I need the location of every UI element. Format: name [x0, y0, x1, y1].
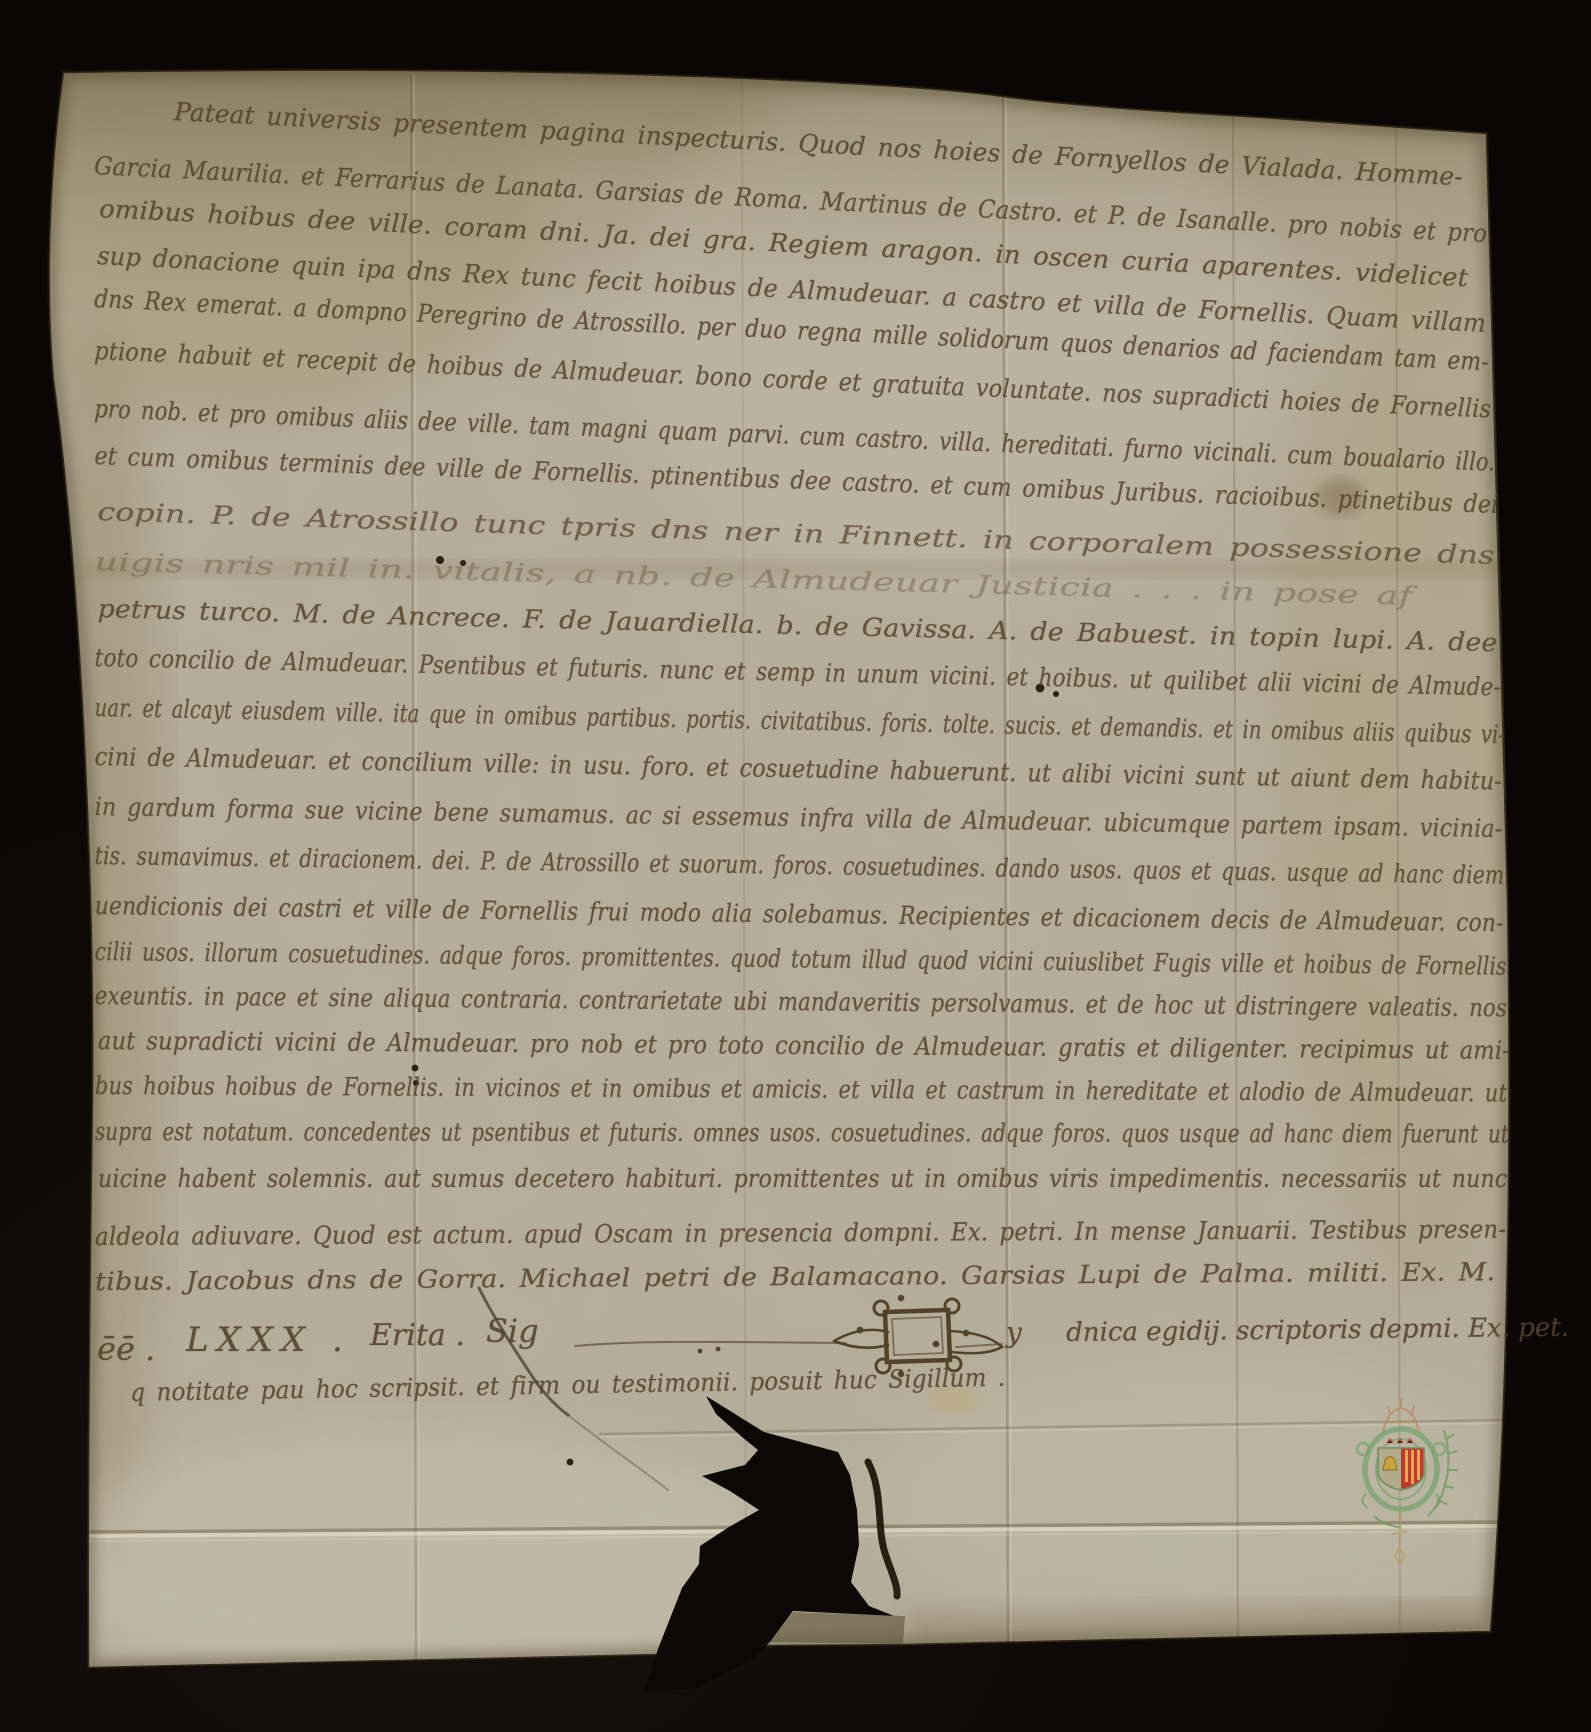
manuscript-line: tibus. Jacobus dns de Gorra. Michael pet… — [95, 1257, 1495, 1297]
signum-word: Sig — [486, 1312, 539, 1350]
manuscript-line: exeuntis. in pace et sine aliqua contrar… — [95, 981, 1507, 1023]
manuscript-closing-line: q notitate pau hoc scripsit. et firm ou … — [130, 1363, 1006, 1408]
signum-tail: y — [1006, 1316, 1022, 1349]
era-mark: ēē . — [97, 1330, 155, 1368]
manuscript-text-layer: ēē . LXXX . Erita . Sig y dnica egidij. … — [0, 0, 1591, 1732]
manuscript-line: uicine habent solemnis. aut sumus decete… — [98, 1164, 1507, 1194]
manuscript-line: uar. et alcayt eiusdem ville. ita que in… — [94, 693, 1505, 750]
manuscript-line: cilii usos. illorum cosuetudines. adque … — [95, 937, 1507, 982]
manuscript-line: supra est notatum. concedentes ut psenti… — [95, 1117, 1509, 1149]
manuscript-line: cini de Almudeuar. et concilium ville: i… — [94, 742, 1502, 797]
manuscript-line: tis. sumavimus. et diracionem. dei. P. d… — [95, 841, 1505, 891]
manuscript-line: bus hoibus hoibus de Fornellis. in vicin… — [95, 1071, 1507, 1108]
era-word: Erita . — [370, 1318, 465, 1353]
photo-stage: ēē . LXXX . Erita . Sig y dnica egidij. … — [0, 0, 1591, 1732]
era-scribe-text: dnica egidij. scriptoris depmi. Ex. pet. — [1066, 1313, 1569, 1348]
manuscript-line: aldeola adiuvare. Quod est actum. apud O… — [95, 1215, 1506, 1252]
manuscript-line: aut supradicti vicini de Almudeuar. pro … — [98, 1026, 1510, 1066]
manuscript-line: uendicionis dei castri et ville de Forne… — [95, 891, 1504, 938]
era-numerals: LXXX . — [186, 1320, 351, 1360]
manuscript-line: in gardum forma sue vicine bene sumamus.… — [95, 792, 1503, 844]
